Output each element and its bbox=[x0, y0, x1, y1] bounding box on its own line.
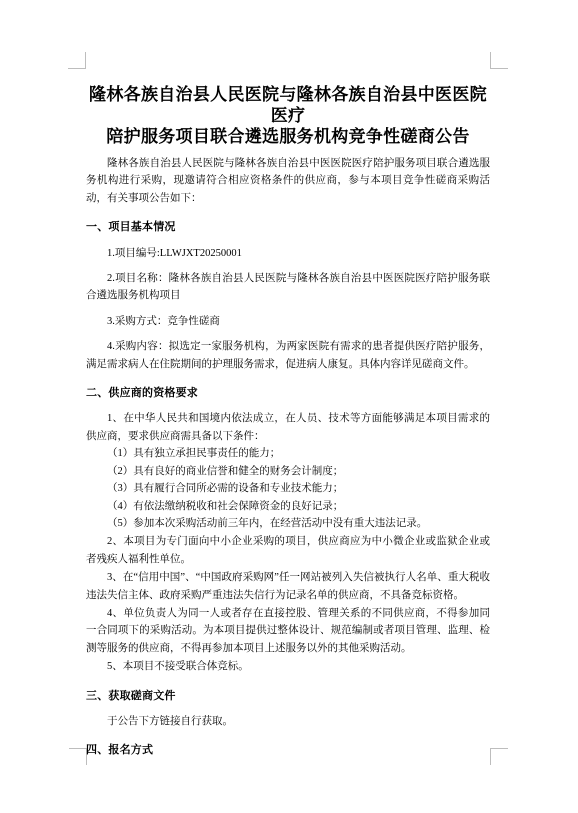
paragraph-condition-3: （3）具有履行合同所必需的设备和专业技术能力； bbox=[86, 480, 490, 497]
paragraph-qualification-1: 1、在中华人民共和国境内依法成立，在人员、技术等方面能够满足本项目需求的供应商，… bbox=[86, 410, 490, 445]
paragraph-condition-1: （1）具有独立承担民事责任的能力； bbox=[86, 445, 490, 462]
paragraph-procurement-content: 4.采购内容：拟选定一家服务机构，为两家医院有需求的患者提供医疗陪护服务，满足需… bbox=[86, 338, 490, 373]
document-title: 隆林各族自治县人民医院与隆林各族自治县中医医院医疗 陪护服务项目联合遴选服务机构… bbox=[86, 84, 490, 147]
paragraph-qualification-4: 4、单位负责人为同一人或者存在直接控股、管理关系的不同供应商，不得参加同一合同项… bbox=[86, 605, 490, 657]
document-page: { "page": { "background": "#ffffff", "cr… bbox=[0, 0, 578, 813]
paragraph-qualification-2: 2、本项目为专门面向中小企业采购的项目，供应商应为中小微企业或监狱企业或者残疾人… bbox=[86, 533, 490, 568]
document-body: 隆林各族自治县人民医院与隆林各族自治县中医医院医疗 陪护服务项目联合遴选服务机构… bbox=[86, 84, 490, 760]
paragraph-obtain-documents: 于公告下方链接自行获取。 bbox=[86, 713, 490, 730]
document-title-line-1: 隆林各族自治县人民医院与隆林各族自治县中医医院医疗 bbox=[86, 84, 490, 126]
margin-corner-mark-top-right bbox=[490, 52, 508, 69]
paragraph-qualification-5: 5、本项目不接受联合体竞标。 bbox=[86, 658, 490, 675]
section-heading-obtain-documents: 三、获取磋商文件 bbox=[86, 688, 490, 705]
margin-corner-mark-bottom-right bbox=[490, 748, 508, 765]
paragraph-project-name: 2.项目名称：隆林各族自治县人民医院与隆林各族自治县中医医院医疗陪护服务联合遴选… bbox=[86, 270, 490, 305]
paragraph-condition-5: （5）参加本次采购活动前三年内，在经营活动中没有重大违法记录。 bbox=[86, 515, 490, 532]
paragraph-condition-4: （4）有依法缴纳税收和社会保障资金的良好记录； bbox=[86, 498, 490, 515]
intro-paragraph: 隆林各族自治县人民医院与隆林各族自治县中医医院医疗陪护服务项目联合遴选服务机构进… bbox=[86, 155, 490, 207]
margin-corner-mark-bottom-left bbox=[69, 748, 87, 765]
paragraph-condition-2: （2）具有良好的商业信誉和健全的财务会计制度； bbox=[86, 463, 490, 480]
section-heading-registration-method: 四、报名方式 bbox=[86, 742, 490, 759]
section-heading-project-basic-info: 一、项目基本情况 bbox=[86, 219, 490, 236]
paragraph-procurement-method: 3.采购方式：竞争性磋商 bbox=[86, 313, 490, 330]
margin-corner-mark-top-left bbox=[68, 52, 86, 69]
paragraph-project-number: 1.项目编号:LLWJXT20250001 bbox=[86, 245, 490, 262]
document-title-line-2: 陪护服务项目联合遴选服务机构竞争性磋商公告 bbox=[86, 126, 490, 147]
paragraph-qualification-3: 3、在“信用中国”、“中国政府采购网”任一网站被列入失信被执行人名单、重大税收违… bbox=[86, 569, 490, 604]
section-heading-supplier-qualifications: 二、供应商的资格要求 bbox=[86, 385, 490, 402]
